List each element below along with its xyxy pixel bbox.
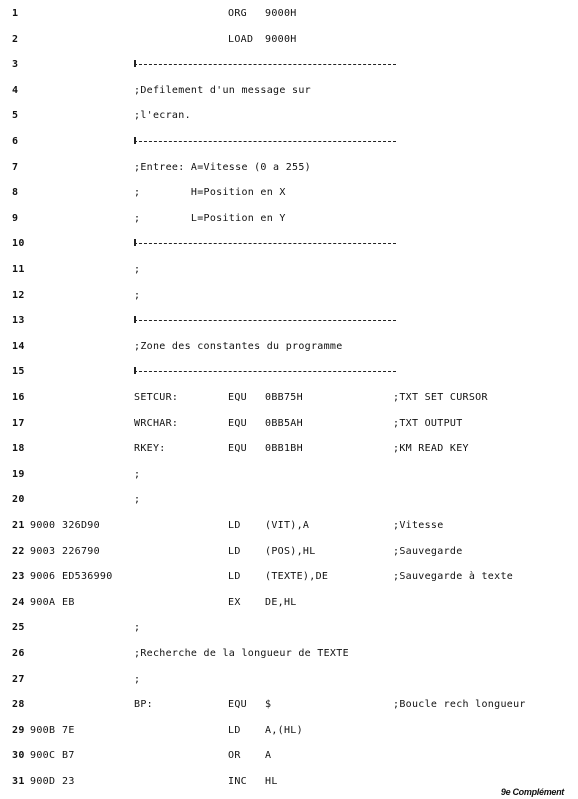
line-number: 7 bbox=[12, 158, 18, 178]
comment: ;Sauvegarde bbox=[393, 542, 463, 562]
line-number: 10 bbox=[12, 234, 25, 254]
comment-text: ; L=Position en Y bbox=[134, 209, 286, 229]
line-number: 17 bbox=[12, 414, 25, 434]
listing-line: 239006ED536990LD(TEXTE),DE;Sauvegarde à … bbox=[0, 567, 578, 587]
operand: 0BB1BH bbox=[265, 439, 303, 459]
comment: ;Boucle rech longueur bbox=[393, 695, 526, 715]
operand: (VIT),A bbox=[265, 516, 309, 536]
line-number: 6 bbox=[12, 132, 18, 152]
listing-line: 15 bbox=[0, 362, 578, 382]
listing-line: 19; bbox=[0, 465, 578, 485]
listing-line: 29900B7ELDA,(HL) bbox=[0, 721, 578, 741]
listing-line: 16SETCUR:EQU0BB75H;TXT SET CURSOR bbox=[0, 388, 578, 408]
operand: A bbox=[265, 746, 271, 766]
opcode: LD bbox=[228, 516, 241, 536]
listing-line: 28BP:EQU$;Boucle rech longueur bbox=[0, 695, 578, 715]
comment-text: ; bbox=[134, 465, 140, 485]
comment: ;Sauvegarde à texte bbox=[393, 567, 513, 587]
line-number: 8 bbox=[12, 183, 18, 203]
line-number: 21 bbox=[12, 516, 25, 536]
line-number: 20 bbox=[12, 490, 25, 510]
listing-line: 30900CB7ORA bbox=[0, 746, 578, 766]
operand: (POS),HL bbox=[265, 542, 316, 562]
opcode: ORG bbox=[228, 4, 247, 24]
address: 9000 bbox=[30, 516, 55, 536]
listing-line: 26;Recherche de la longueur de TEXTE bbox=[0, 644, 578, 664]
line-number: 9 bbox=[12, 209, 18, 229]
machine-code: 326D90 bbox=[62, 516, 100, 536]
listing-line: 18RKEY:EQU0BB1BH;KM READ KEY bbox=[0, 439, 578, 459]
comment-text: ; bbox=[134, 286, 140, 306]
line-number: 24 bbox=[12, 593, 25, 613]
machine-code: EB bbox=[62, 593, 75, 613]
line-number: 3 bbox=[12, 55, 18, 75]
listing-line: 10 bbox=[0, 234, 578, 254]
line-number: 18 bbox=[12, 439, 25, 459]
operand: DE,HL bbox=[265, 593, 297, 613]
listing-line: 9; L=Position en Y bbox=[0, 209, 578, 229]
listing-line: 6 bbox=[0, 132, 578, 152]
assembly-listing: 1ORG9000H2LOAD9000H34;Defilement d'un me… bbox=[0, 0, 578, 799]
listing-line: 13 bbox=[0, 311, 578, 331]
label: RKEY: bbox=[134, 439, 166, 459]
separator-rule bbox=[134, 64, 396, 65]
line-number: 23 bbox=[12, 567, 25, 587]
comment-text: ; bbox=[134, 618, 140, 638]
listing-line: 31900D23INCHL bbox=[0, 772, 578, 792]
machine-code: 7E bbox=[62, 721, 75, 741]
line-number: 27 bbox=[12, 670, 25, 690]
address: 9003 bbox=[30, 542, 55, 562]
line-number: 2 bbox=[12, 30, 18, 50]
machine-code: 226790 bbox=[62, 542, 100, 562]
address: 900D bbox=[30, 772, 55, 792]
line-number: 15 bbox=[12, 362, 25, 382]
operand: 0BB5AH bbox=[265, 414, 303, 434]
line-number: 5 bbox=[12, 106, 18, 126]
opcode: EQU bbox=[228, 388, 247, 408]
operand: (TEXTE),DE bbox=[265, 567, 328, 587]
opcode: EQU bbox=[228, 414, 247, 434]
address: 900B bbox=[30, 721, 55, 741]
comment-text: ;Recherche de la longueur de TEXTE bbox=[134, 644, 349, 664]
comment-text: ; bbox=[134, 260, 140, 280]
separator-rule bbox=[134, 243, 396, 244]
line-number: 4 bbox=[12, 81, 18, 101]
machine-code: 23 bbox=[62, 772, 75, 792]
opcode: EQU bbox=[228, 439, 247, 459]
machine-code: ED536990 bbox=[62, 567, 113, 587]
address: 9006 bbox=[30, 567, 55, 587]
machine-code: B7 bbox=[62, 746, 75, 766]
comment-text: ;Defilement d'un message sur bbox=[134, 81, 311, 101]
listing-line: 3 bbox=[0, 55, 578, 75]
listing-line: 1ORG9000H bbox=[0, 4, 578, 24]
listing-line: 4;Defilement d'un message sur bbox=[0, 81, 578, 101]
operand: 9000H bbox=[265, 30, 297, 50]
page-footer: 9e Complément bbox=[501, 787, 564, 797]
line-number: 16 bbox=[12, 388, 25, 408]
comment: ;KM READ KEY bbox=[393, 439, 469, 459]
listing-line: 229003226790LD(POS),HL;Sauvegarde bbox=[0, 542, 578, 562]
separator-rule bbox=[134, 371, 396, 372]
listing-line: 25; bbox=[0, 618, 578, 638]
listing-line: 2LOAD9000H bbox=[0, 30, 578, 50]
operand: 0BB75H bbox=[265, 388, 303, 408]
listing-line: 7;Entree: A=Vitesse (0 a 255) bbox=[0, 158, 578, 178]
listing-line: 219000326D90LD(VIT),A;Vitesse bbox=[0, 516, 578, 536]
opcode: LD bbox=[228, 567, 241, 587]
listing-line: 24900AEBEXDE,HL bbox=[0, 593, 578, 613]
operand: $ bbox=[265, 695, 271, 715]
line-number: 25 bbox=[12, 618, 25, 638]
line-number: 14 bbox=[12, 337, 25, 357]
opcode: LD bbox=[228, 542, 241, 562]
comment: ;Vitesse bbox=[393, 516, 444, 536]
operand: 9000H bbox=[265, 4, 297, 24]
line-number: 13 bbox=[12, 311, 25, 331]
listing-line: 11; bbox=[0, 260, 578, 280]
comment: ;TXT OUTPUT bbox=[393, 414, 463, 434]
listing-line: 20; bbox=[0, 490, 578, 510]
line-number: 22 bbox=[12, 542, 25, 562]
opcode: LOAD bbox=[228, 30, 253, 50]
comment: ;TXT SET CURSOR bbox=[393, 388, 488, 408]
opcode: INC bbox=[228, 772, 247, 792]
listing-line: 14;Zone des constantes du programme bbox=[0, 337, 578, 357]
comment-text: ; bbox=[134, 490, 140, 510]
listing-line: 17WRCHAR:EQU0BB5AH;TXT OUTPUT bbox=[0, 414, 578, 434]
separator-rule bbox=[134, 141, 396, 142]
separator-rule bbox=[134, 320, 396, 321]
line-number: 28 bbox=[12, 695, 25, 715]
listing-line: 8; H=Position en X bbox=[0, 183, 578, 203]
operand: A,(HL) bbox=[265, 721, 303, 741]
line-number: 1 bbox=[12, 4, 18, 24]
line-number: 19 bbox=[12, 465, 25, 485]
label: BP: bbox=[134, 695, 153, 715]
opcode: EX bbox=[228, 593, 241, 613]
listing-line: 12; bbox=[0, 286, 578, 306]
listing-line: 5;l'ecran. bbox=[0, 106, 578, 126]
opcode: EQU bbox=[228, 695, 247, 715]
opcode: LD bbox=[228, 721, 241, 741]
comment-text: ;Zone des constantes du programme bbox=[134, 337, 343, 357]
line-number: 12 bbox=[12, 286, 25, 306]
line-number: 31 bbox=[12, 772, 25, 792]
comment-text: ; bbox=[134, 670, 140, 690]
address: 900C bbox=[30, 746, 55, 766]
listing-line: 27; bbox=[0, 670, 578, 690]
comment-text: ;Entree: A=Vitesse (0 a 255) bbox=[134, 158, 311, 178]
line-number: 11 bbox=[12, 260, 25, 280]
label: SETCUR: bbox=[134, 388, 178, 408]
comment-text: ; H=Position en X bbox=[134, 183, 286, 203]
operand: HL bbox=[265, 772, 278, 792]
line-number: 29 bbox=[12, 721, 25, 741]
line-number: 26 bbox=[12, 644, 25, 664]
address: 900A bbox=[30, 593, 55, 613]
label: WRCHAR: bbox=[134, 414, 178, 434]
opcode: OR bbox=[228, 746, 241, 766]
comment-text: ;l'ecran. bbox=[134, 106, 191, 126]
line-number: 30 bbox=[12, 746, 25, 766]
